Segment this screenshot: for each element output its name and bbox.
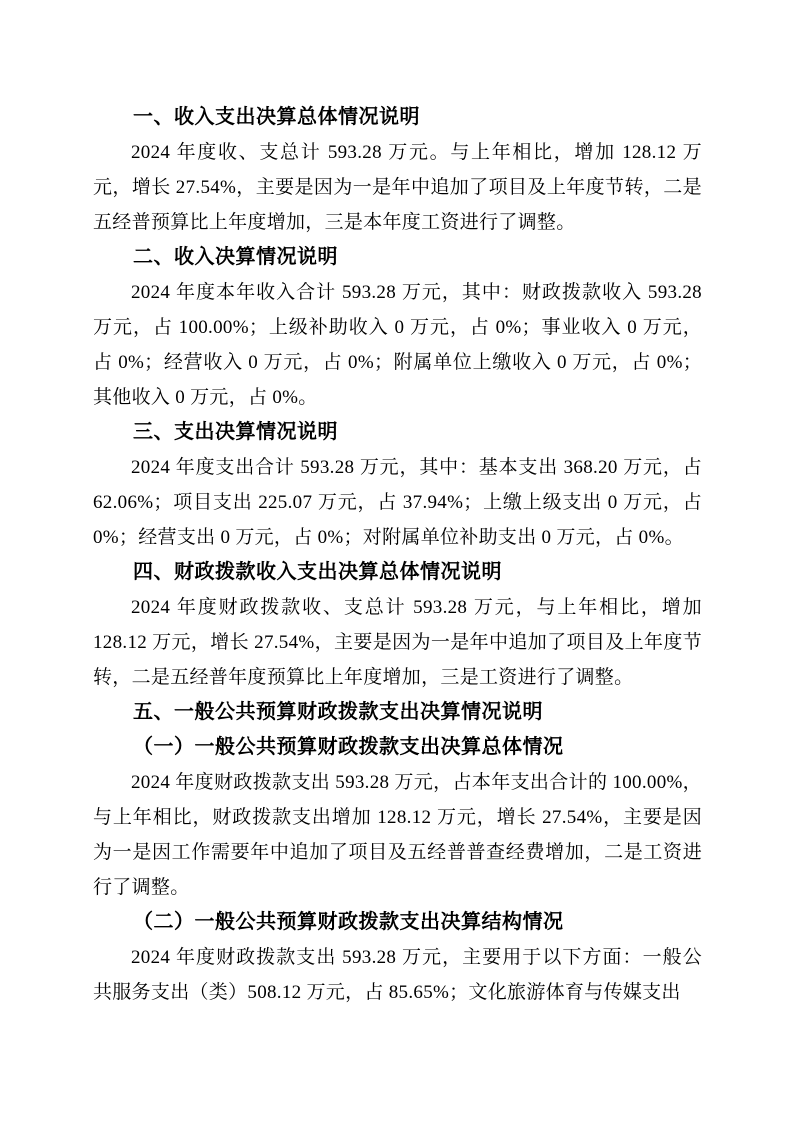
section-2-paragraph-income-details: 2024 年度本年收入合计 593.28 万元，其中：财政拨款收入 593.28… [93, 275, 702, 415]
document-page: 一、收入支出决算总体情况说明 2024 年度收、支总计 593.28 万元。与上… [0, 0, 793, 1122]
section-1-paragraph-overall-revenue-expenditure: 2024 年度收、支总计 593.28 万元。与上年相比，增加 128.12 万… [93, 135, 702, 240]
section-5-heading: 五、一般公共预算财政拨款支出决算情况说明 [93, 695, 702, 730]
section-2-heading: 二、收入决算情况说明 [93, 240, 702, 275]
section-3-heading: 三、支出决算情况说明 [93, 415, 702, 450]
section-5-1-subheading: （一）一般公共预算财政拨款支出决算总体情况 [93, 730, 702, 765]
section-4-paragraph-fiscal-appropriation-overall: 2024 年度财政拨款收、支总计 593.28 万元，与上年相比，增加 128.… [93, 590, 702, 695]
document-body: 一、收入支出决算总体情况说明 2024 年度收、支总计 593.28 万元。与上… [93, 100, 702, 1010]
section-1-heading: 一、收入支出决算总体情况说明 [93, 100, 702, 135]
section-5-2-subheading: （二）一般公共预算财政拨款支出决算结构情况 [93, 905, 702, 940]
section-3-paragraph-expenditure-details: 2024 年度支出合计 593.28 万元，其中：基本支出 368.20 万元，… [93, 450, 702, 555]
section-5-1-paragraph-general-budget-overall: 2024 年度财政拨款支出 593.28 万元，占本年支出合计的 100.00%… [93, 765, 702, 905]
section-5-2-paragraph-general-budget-structure: 2024 年度财政拨款支出 593.28 万元，主要用于以下方面：一般公共服务支… [93, 940, 702, 1010]
section-4-heading: 四、财政拨款收入支出决算总体情况说明 [93, 555, 702, 590]
